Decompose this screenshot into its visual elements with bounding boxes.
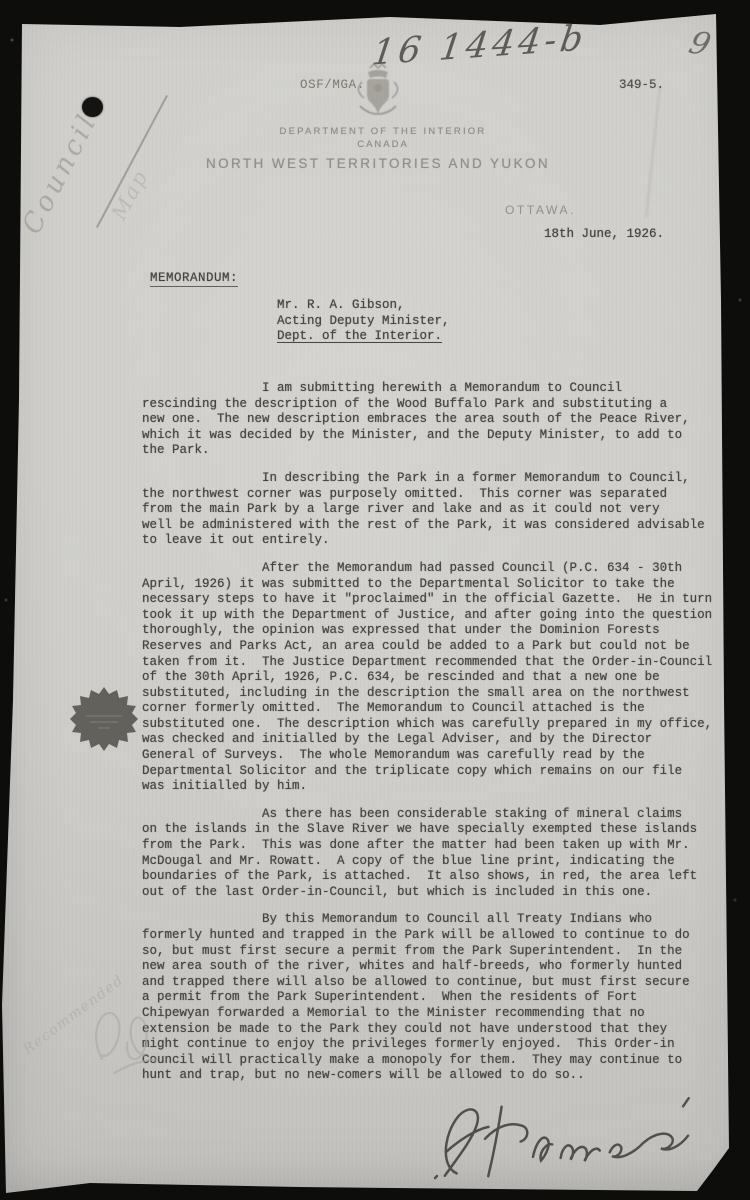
text-line: might continue to enjoy the privileges f… [142, 1037, 734, 1053]
text-line: General of Surveys. The whole Memorandum… [142, 748, 734, 764]
memo-heading: MEMORANDUM: [150, 271, 238, 287]
text-line: from the Park. This was done after the m… [142, 838, 734, 854]
pencil-note-council: Council [16, 107, 104, 239]
text-line: was initialled by him. [142, 779, 734, 795]
addressee-line: Dept. of the Interior. [277, 329, 450, 345]
letter-date: 18th June, 1926. [544, 227, 664, 241]
text-line: new area south of the river, whites and … [142, 959, 734, 975]
letter-body: I am submitting herewith a Memorandum to… [142, 381, 734, 1096]
text-line: new one. The new description embraces th… [142, 412, 734, 428]
text-line: substituted, including in the descriptio… [142, 686, 734, 702]
text-line: McDougal and Mr. Rowatt. A copy of the b… [142, 854, 734, 870]
text-line: was checked and initialled by the Legal … [142, 732, 734, 748]
addressee-line: Acting Deputy Minister, [277, 314, 450, 330]
text-line: out of the last Order-in-Council, but wh… [142, 885, 734, 901]
text-line: As there has been considerable staking o… [142, 807, 734, 823]
text-line: a permit from the Park Superintendent. W… [142, 990, 734, 1006]
body-paragraph: I am submitting herewith a Memorandum to… [142, 381, 734, 459]
text-line: formerly hunted and trapped in the Park … [142, 928, 734, 944]
text-line: the northwest corner was purposely omitt… [142, 487, 734, 503]
text-line: In describing the Park in a former Memor… [142, 471, 734, 487]
text-line: corner formerly omitted. The Memorandum … [142, 701, 734, 717]
addressee-block: Mr. R. A. Gibson,Acting Deputy Minister,… [277, 298, 450, 345]
text-line: hunt and trap, but no new-comers will be… [142, 1068, 734, 1084]
text-line: from the main Park by a large river and … [142, 502, 734, 518]
text-line: the Park. [142, 443, 734, 459]
signature [424, 1091, 703, 1193]
coat-of-arms-icon [348, 62, 408, 124]
text-line: thoroughly, the opinion was expressed th… [142, 623, 734, 639]
letterhead-department: DEPARTMENT OF THE INTERIOR [268, 126, 498, 137]
text-line: Departmental Solicitor and the triplicat… [142, 764, 734, 780]
addressee-line: Mr. R. A. Gibson, [277, 298, 450, 314]
scanned-letter-page: 16 1444-b 9 OSF/MGA. 349-5. DEPARTMENT O… [0, 0, 750, 1200]
text-line: necessary steps to have it "proclaimed" … [142, 592, 734, 608]
text-line: Council will practically make a monopoly… [142, 1053, 734, 1069]
text-line: so, but must first secure a permit from … [142, 944, 734, 960]
text-line: By this Memorandum to Council all Treaty… [142, 912, 734, 928]
text-line: well be administered with the rest of th… [142, 518, 734, 534]
letterhead-place: OTTAWA. [505, 203, 576, 217]
file-reference: 349-5. [619, 78, 664, 92]
text-line: Chipewyan forwarded a Memorial to the Mi… [142, 1006, 734, 1022]
text-line: After the Memorandum had passed Council … [142, 561, 734, 577]
body-paragraph: As there has been considerable staking o… [142, 807, 734, 901]
text-line: boundaries of the Park, is attached. It … [142, 869, 734, 885]
handwritten-page-number: 9 [685, 25, 715, 63]
text-line: took it up with the Department of Justic… [142, 608, 734, 624]
text-line: of the 30th April, 1926, P.C. 634, be re… [142, 670, 734, 686]
text-line: Reserves and Parks Act, an area could be… [142, 639, 734, 655]
text-line: taken from it. The Justice Department re… [142, 655, 734, 671]
letterhead-branch: NORTH WEST TERRITORIES AND YUKON [188, 156, 568, 171]
body-paragraph: By this Memorandum to Council all Treaty… [142, 912, 734, 1084]
text-line: April, 1926) it was submitted to the Dep… [142, 577, 734, 593]
letterhead-country: CANADA [268, 139, 498, 150]
text-line: substituted one. The description which w… [142, 717, 734, 733]
body-paragraph: In describing the Park in a former Memor… [142, 471, 734, 549]
text-line: rescinding the description of the Wood B… [142, 397, 734, 413]
text-line: and trapped there will also be allowed t… [142, 975, 734, 991]
text-line: I am submitting herewith a Memorandum to… [142, 381, 734, 397]
pencil-scribble-icon [70, 978, 176, 1092]
text-line: to leave it out entirely. [142, 533, 734, 549]
body-paragraph: After the Memorandum had passed Council … [142, 561, 734, 795]
paper-crease [645, 86, 661, 217]
notarial-seal-icon [70, 686, 138, 752]
text-line: on the islands in the Slave River we hav… [142, 822, 734, 838]
text-line: which it was decided by the Minister, an… [142, 428, 734, 444]
text-line: extension be made to the Park they could… [142, 1022, 734, 1038]
